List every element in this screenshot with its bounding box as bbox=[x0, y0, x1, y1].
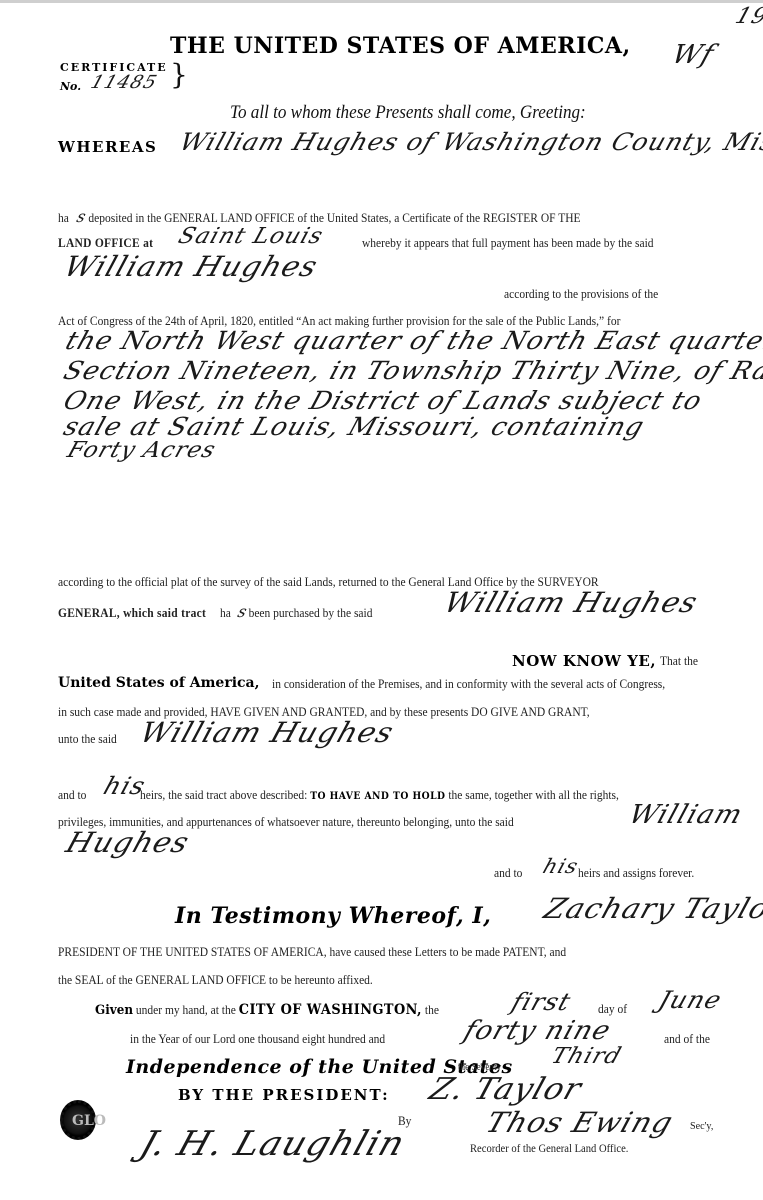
certificate-brace: } bbox=[170, 58, 188, 91]
by-president-signature: Z. Taylor bbox=[425, 1072, 586, 1107]
certificate-number-label: No. bbox=[60, 80, 81, 93]
now-know-ye-label: NOW KNOW YE, bbox=[512, 652, 656, 670]
purchase-prefix: GENERAL, which said tract bbox=[58, 606, 206, 620]
seal-line: the SEAL of the GENERAL LAND OFFICE to b… bbox=[58, 973, 373, 988]
year-text-b: and of the bbox=[664, 1032, 710, 1047]
recorder-signature: J. H. Laughlin bbox=[135, 1124, 410, 1164]
secretary-signature: Thos Ewing bbox=[482, 1106, 678, 1139]
scan-top-edge bbox=[0, 0, 763, 3]
independence-year: Third bbox=[548, 1044, 625, 1069]
year-handwritten: forty nine bbox=[460, 1016, 615, 1046]
to-have-and-to-hold: TO HAVE AND TO HOLD bbox=[310, 791, 445, 802]
land-description-line-4: sale at Saint Louis, Missouri, containin… bbox=[60, 412, 649, 441]
land-office-text: whereby it appears that full payment has… bbox=[362, 236, 654, 251]
given-day: first bbox=[508, 988, 575, 1016]
heirs-line: heirs, the said tract above described: T… bbox=[140, 788, 619, 803]
secretary-suffix: Sec'y, bbox=[690, 1120, 713, 1132]
unto-said-label: unto the said bbox=[58, 732, 117, 747]
year-text-a: in the Year of our Lord one thousand eig… bbox=[130, 1032, 385, 1047]
page-number-annotation: 19 bbox=[732, 4, 763, 29]
heirs-prefix: and to bbox=[58, 788, 86, 803]
greeting: To all to whom these Presents shall come… bbox=[230, 102, 586, 124]
given-month: June bbox=[655, 986, 726, 1014]
initials-annotation: Wf bbox=[668, 40, 718, 70]
document-title: THE UNITED STATES OF AMERICA, bbox=[170, 33, 631, 59]
testimony-label: In Testimony Whereof, I, bbox=[175, 903, 491, 929]
deposit-mark: s bbox=[74, 207, 89, 226]
given-text-a: under my hand, at the bbox=[136, 1003, 236, 1017]
given-bold: Given bbox=[95, 1003, 133, 1018]
certificate-number: 11485 bbox=[88, 72, 160, 93]
general-land-office-seal-icon: GLO bbox=[60, 1100, 96, 1140]
purchaser-name: William Hughes bbox=[440, 586, 702, 619]
whereas-label: WHEREAS bbox=[58, 138, 157, 156]
heirs-text-a: heirs, the said tract above described: bbox=[140, 788, 307, 802]
assigns-prefix: and to bbox=[494, 866, 522, 881]
deposit-text: deposited in the GENERAL LAND OFFICE of … bbox=[88, 211, 580, 225]
unto-said-name: William Hughes bbox=[136, 716, 398, 749]
given-line: Given under my hand, at the CITY OF WASH… bbox=[95, 1002, 439, 1018]
assigns-text: heirs and assigns forever. bbox=[578, 866, 694, 881]
president-signature-testimony: Zachary Taylor bbox=[540, 892, 763, 925]
recorder-title: Recorder of the General Land Office. bbox=[470, 1143, 628, 1155]
land-office-label: LAND OFFICE at bbox=[58, 236, 153, 251]
payer-name: William Hughes bbox=[60, 250, 322, 283]
deposit-prefix: ha bbox=[58, 211, 69, 225]
consideration-text: in consideration of the Premises, and in… bbox=[272, 677, 665, 692]
assigns-pronoun: his bbox=[540, 854, 582, 878]
by-the-president-label: BY THE PRESIDENT: bbox=[178, 1086, 390, 1104]
grantee-full: William Hughes of Washington County, Mis… bbox=[176, 128, 763, 156]
privileges-name-a: William bbox=[625, 800, 747, 830]
purchase-text: been purchased by the said bbox=[249, 606, 373, 620]
president-line: PRESIDENT OF THE UNITED STATES OF AMERIC… bbox=[58, 945, 566, 960]
land-office-location: Saint Louis bbox=[175, 224, 327, 249]
given-text-c: day of bbox=[598, 1002, 627, 1017]
city-of-washington: CITY OF WASHINGTON, bbox=[239, 1002, 422, 1018]
given-text-b: the bbox=[425, 1003, 439, 1017]
land-description-line-1: the North West quarter of the North East… bbox=[62, 326, 763, 355]
united-states-bold: United States of America, bbox=[58, 675, 260, 691]
purchase-line: GENERAL, which said tract hasbeen purcha… bbox=[58, 602, 372, 621]
provisions-line: according to the provisions of the bbox=[504, 287, 658, 302]
land-description-line-3: One West, in the District of Lands subje… bbox=[60, 386, 706, 415]
purchase-ha: ha bbox=[220, 606, 231, 620]
seal-label: GLO bbox=[72, 1113, 106, 1129]
heirs-text-b: the same, together with all the rights, bbox=[448, 788, 619, 802]
now-know-ye-text: That the bbox=[660, 654, 698, 669]
land-description-line-5: Forty Acres bbox=[64, 438, 219, 463]
privileges-name-b: Hughes bbox=[62, 826, 194, 859]
land-description-line-2: Section Nineteen, in Township Thirty Nin… bbox=[60, 356, 763, 385]
